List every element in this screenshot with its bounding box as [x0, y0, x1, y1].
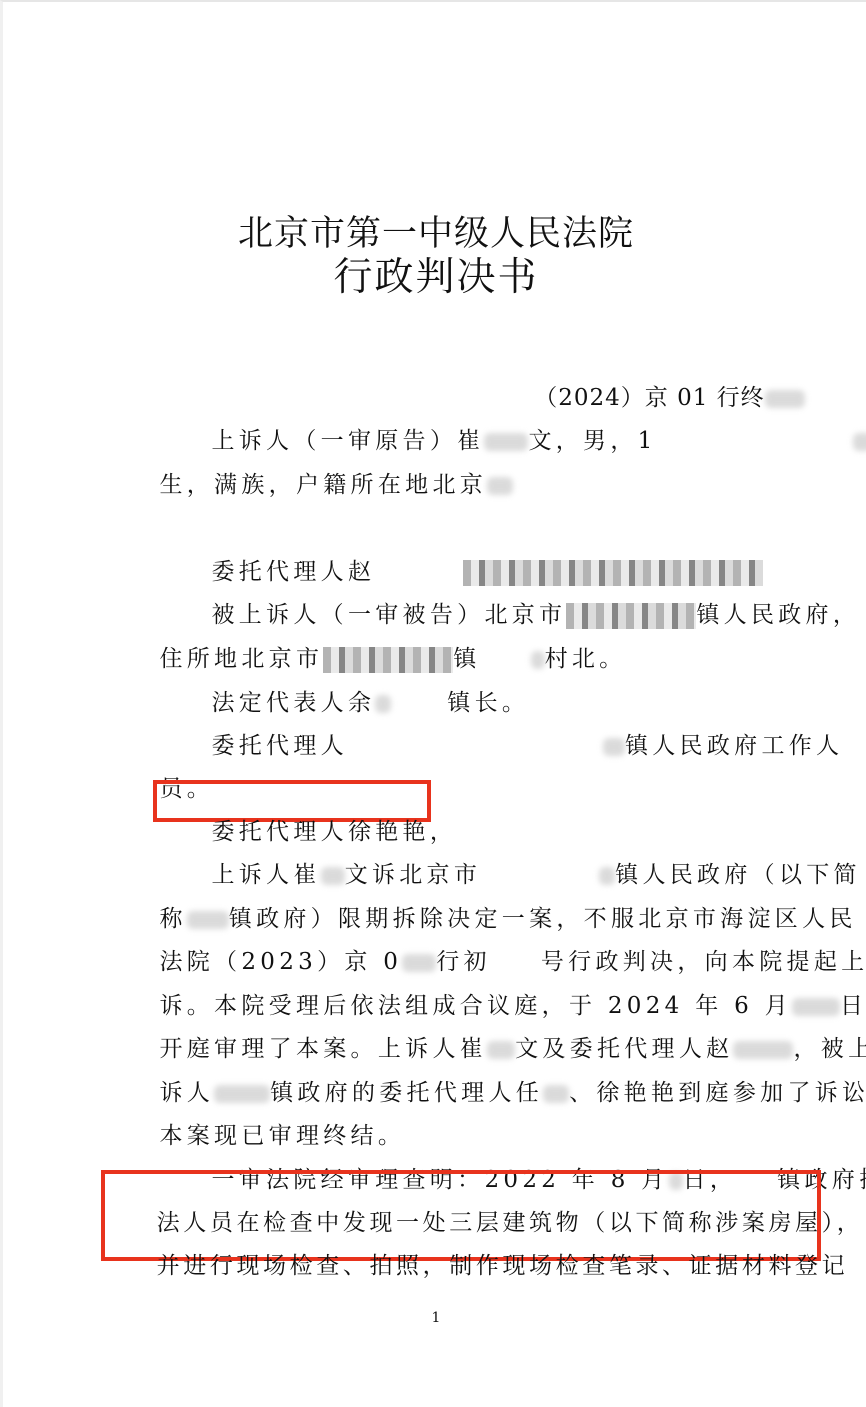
text-line: 生，满族，户籍所在地北京 — [113, 440, 513, 530]
document-type-title: 行政判决书 — [3, 252, 866, 304]
text-segment: 村北。 — [545, 646, 627, 672]
court-name: 北京市第一中级人民法院 — [3, 210, 866, 258]
text-line: 委托代理人镇人民政府工作人 — [165, 701, 843, 791]
text-segment: 委托代理人 — [211, 733, 348, 759]
redaction — [853, 433, 866, 451]
redaction — [603, 738, 625, 756]
redaction — [487, 477, 513, 495]
text-segment: 镇人民政府工作人 — [625, 733, 843, 759]
redaction — [531, 651, 545, 669]
page-number: 1 — [3, 1310, 866, 1326]
text-segment: 生，满族，户籍所在地北京 — [159, 472, 487, 498]
document-page: 北京市第一中级人民法院 行政判决书 （2024）京 01 行终 上诉人（一审原告… — [0, 0, 866, 1407]
text-segment: 、徐艳艳到庭参加了诉讼。 — [569, 1080, 866, 1106]
redaction — [543, 1085, 569, 1103]
text-segment: 镇人民政府， — [696, 602, 860, 628]
text-segment: 并进行现场检查、拍照，制作现场检查笔录、证据材料登记 — [157, 1253, 849, 1279]
text-segment: 文，男，1 — [528, 428, 656, 454]
text-line: 并进行现场检查、拍照，制作现场检查笔录、证据材料登记 — [113, 1221, 848, 1311]
